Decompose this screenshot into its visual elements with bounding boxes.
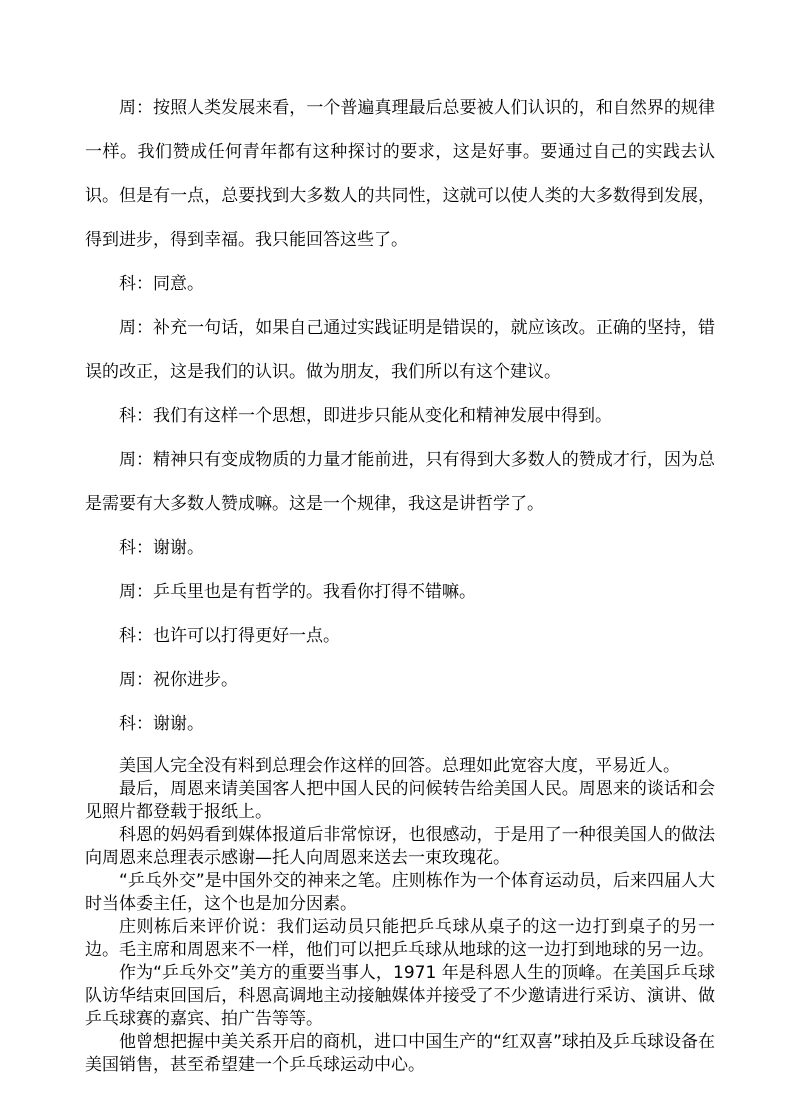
dialogue-paragraph: 科：也许可以打得更好一点。 — [85, 614, 715, 658]
narrative-section: 美国人完全没有料到总理会作这样的回答。总理如此宽容大度，平易近人。 最后，周恩来… — [85, 755, 715, 1077]
dialogue-paragraph: 周：按照人类发展来看，一个普遍真理最后总要被人们认识的，和自然界的规律一样。我们… — [85, 86, 715, 262]
narrative-paragraph: 庄则栋后来评价说：我们运动员只能把乒乓球从桌子的这一边打到桌子的另一边。毛主席和… — [85, 916, 715, 962]
dialogue-paragraph: 周：祝你进步。 — [85, 658, 715, 702]
narrative-paragraph: 作为“乒乓外交”美方的重要当事人，1971 年是科恩人生的顶峰。在美国乒乓球队访… — [85, 962, 715, 1031]
dialogue-paragraph: 科：我们有这样一个思想，即进步只能从变化和精神发展中得到。 — [85, 394, 715, 438]
narrative-paragraph: 最后，周恩来请美国客人把中国人民的问候转告给美国人民。周恩来的谈话和会见照片都登… — [85, 778, 715, 824]
dialogue-paragraph: 周：乒乓里也是有哲学的。我看你打得不错嘛。 — [85, 570, 715, 614]
narrative-paragraph: 美国人完全没有料到总理会作这样的回答。总理如此宽容大度，平易近人。 — [85, 755, 715, 778]
narrative-paragraph: “乒乓外交”是中国外交的神来之笔。庄则栋作为一个体育运动员，后来四届人大时当体委… — [85, 870, 715, 916]
dialogue-paragraph: 科：谢谢。 — [85, 526, 715, 570]
dialogue-paragraph: 科：同意。 — [85, 262, 715, 306]
document-page: 周：按照人类发展来看，一个普遍真理最后总要被人们认识的，和自然界的规律一样。我们… — [0, 0, 800, 1100]
narrative-paragraph: 他曾想把握中美关系开启的商机，进口中国生产的“红双喜”球拍及乒乓球设备在美国销售… — [85, 1031, 715, 1077]
dialogue-paragraph: 周：精神只有变成物质的力量才能前进，只有得到大多数人的赞成才行，因为总是需要有大… — [85, 438, 715, 526]
narrative-paragraph: 科恩的妈妈看到媒体报道后非常惊讶，也很感动，于是用了一种很美国人的做法向周恩来总… — [85, 824, 715, 870]
dialogue-paragraph: 周：补充一句话，如果自己通过实践证明是错误的，就应该改。正确的坚持，错误的改正，… — [85, 306, 715, 394]
dialogue-section: 周：按照人类发展来看，一个普遍真理最后总要被人们认识的，和自然界的规律一样。我们… — [85, 86, 715, 746]
dialogue-paragraph: 科：谢谢。 — [85, 702, 715, 746]
